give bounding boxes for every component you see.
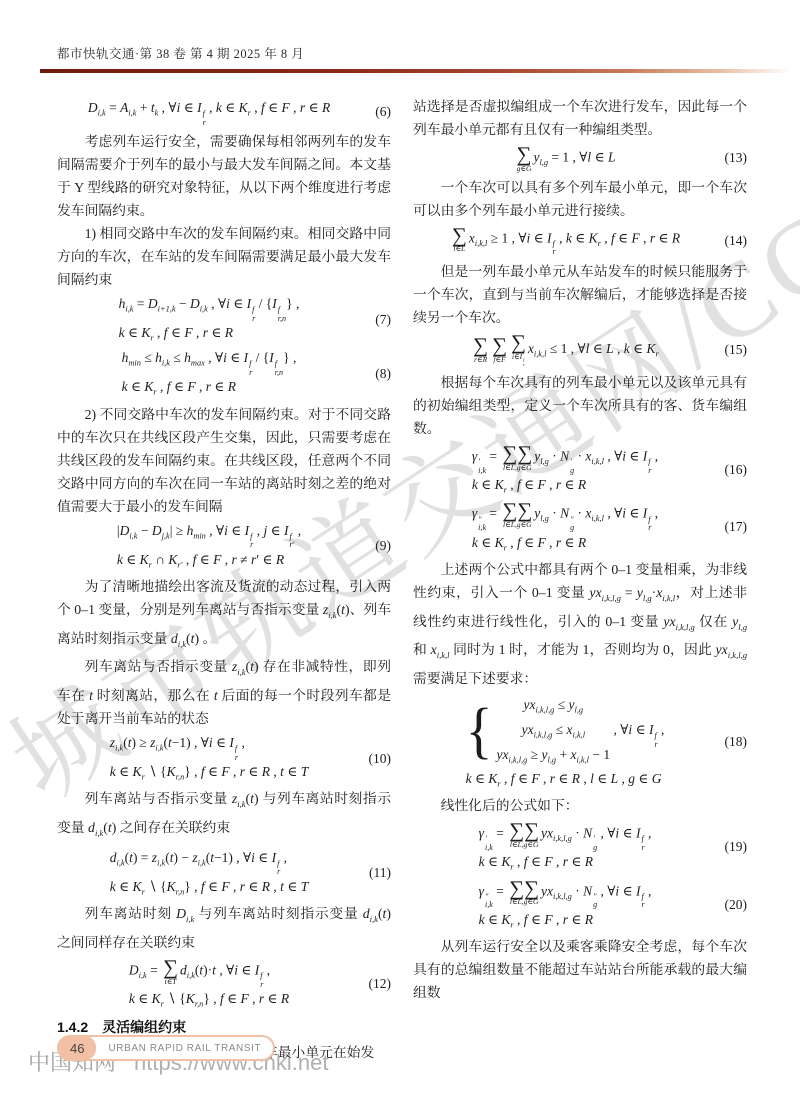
journal-page: 城市轨道交通网/CCRM 都市快轨交通·第 38 卷 第 4 期 2025 年 … [0, 0, 800, 1097]
equation-12: Di,k = ∑t∈Tdi,k(t)·t , ∀i ∈ Ifr ,k ∈ Kr … [57, 957, 391, 1012]
equation-number: (6) [361, 102, 391, 122]
paragraph-variables-intro: 为了清晰地描绘出客流及货流的动态过程，引入两个 0–1 变量，分别是列车离站与否… [57, 575, 391, 656]
paragraph-association-2: 列车离站时刻 Di,k 与列车离站时刻指示变量 di,k(t) 之间同样存在关联… [57, 902, 391, 954]
paragraph-same-route: 1) 相同交路中车次的发车间隔约束。相同交路中同方向的车次，在车站的发车间隔需要… [57, 222, 391, 291]
equation-6: Di,k = Ai,k + tk , ∀i ∈ Ifr , k ∈ Kr , f… [57, 98, 391, 127]
equation-11: di,k(t) = zi,k(t) − zi,k(t−1) , ∀i ∈ Ifr… [57, 848, 391, 899]
equation-7: hi,k = Di+1,k − Di,k , ∀i ∈ Ifr / {Ifr,n… [57, 294, 391, 345]
equation-number: (20) [717, 895, 747, 915]
equation-number: (18) [717, 732, 747, 752]
equation-number: (16) [717, 460, 747, 480]
section-number: 1.4.2 [57, 1019, 88, 1035]
paragraph-single-service: 但是一列车最小单元从车站发车的时候只能服务于一个车次，直到与当前车次解编后，才能… [413, 260, 747, 329]
equation-number: (13) [717, 148, 747, 168]
equation-number: (11) [361, 863, 391, 883]
equation-number: (7) [361, 310, 391, 330]
journal-header-text: 都市快轨交通·第 38 卷 第 4 期 2025 年 8 月 [57, 47, 304, 61]
equation-19: γ′i,k = ∑∑l∈L,g∈Gyxi,k,l,g · N′g , ∀i ∈ … [413, 820, 747, 875]
paragraph-multi-units: 一个车次可以具有多个列车最小单元，即一个车次可以由多个列车最小单元进行接续。 [413, 176, 747, 222]
equation-number: (19) [717, 837, 747, 857]
equation-18: {yxi,k,l,g ≤ yl,gyxi,k,l,g ≤ xi,k,lyxi,k… [413, 693, 747, 791]
journal-name-en: URBAN RAPID RAIL TRANSIT [96, 1043, 273, 1054]
paragraph-linearization: 上述两个公式中都具有两个 0–1 变量相乘，为非线性约束，引入一个 0–1 变量… [413, 558, 747, 690]
paragraph-max-formation: 从列车运行安全以及乘客乘降安全考虑，每个车次具有的总编组数量不能超过车站站台所能… [413, 935, 747, 1004]
paragraph-formation-count: 根据每个车次具有的列车最小单元以及该单元具有的初始编组类型，定义一个车次所具有的… [413, 371, 747, 440]
equation-number: (9) [361, 536, 391, 556]
paragraph-nondecreasing: 列车离站与否指示变量 zi,k(t) 存在非减特性，即列车在 t 时刻离站，那么… [57, 655, 391, 730]
equation-number: (15) [717, 340, 747, 360]
equation-15: ∑r∈R∑f∈F∑i∈Ifrxi,k,l ≤ 1 , ∀l ∈ L , k ∈ … [413, 332, 747, 368]
equation-14: ∑l∈Lxi,k,l ≥ 1 , ∀i ∈ Ifr , k ∈ Kr , f ∈… [413, 225, 747, 257]
equation-13: ∑g∈Gyl,g = 1 , ∀l ∈ L (13) [413, 144, 747, 173]
equation-16: γ′i,k = ∑∑l∈L,g∈Gyl,g · N′g · xi,k,l , ∀… [413, 443, 747, 498]
paragraph-linearized-intro: 线性化后的公式如下： [413, 794, 747, 817]
page-number: 46 [58, 1036, 96, 1060]
equation-10: zi,k(t) ≥ zi,k(t−1) , ∀i ∈ Ifr ,k ∈ Kr ∖… [57, 733, 391, 784]
page-number-badge: 46 URBAN RAPID RAIL TRANSIT [57, 1035, 275, 1061]
paragraph-safety-headway: 考虑列车运行安全，需要确保每相邻两列车的发车间隔需要介于列车的最小与最大发车间隔… [57, 130, 391, 222]
section-title: 灵活编组约束 [102, 1019, 186, 1035]
paragraph-virtual-coupling: 站选择是否虚拟编组成一个车次进行发车，因此每一个列车最小单元都有且仅有一种编组类… [413, 95, 747, 141]
paragraph-diff-route: 2) 不同交路中车次的发车间隔约束。对于不同交路中的车次只在共线区段产生交集，因… [57, 403, 391, 518]
equation-9: |Di,k − Dj,k| ≥ hmin , ∀i ∈ Ifr , j ∈ If… [57, 521, 391, 572]
equation-8: hmin ≤ hi,k ≤ hmax , ∀i ∈ Ifr / {Ifr,n} … [57, 348, 391, 399]
equation-number: (10) [361, 749, 391, 769]
equation-number: (12) [361, 974, 391, 994]
two-column-body: Di,k = Ai,k + tk , ∀i ∈ Ifr , k ∈ Kr , f… [57, 95, 747, 1064]
equation-number: (14) [717, 231, 747, 251]
header-rule [40, 69, 792, 73]
equation-number: (17) [717, 517, 747, 537]
left-column: Di,k = Ai,k + tk , ∀i ∈ Ifr , k ∈ Kr , f… [57, 95, 391, 1064]
right-column: 站选择是否虚拟编组成一个车次进行发车，因此每一个列车最小单元都有且仅有一种编组类… [413, 95, 747, 1064]
equation-number: (8) [361, 364, 391, 384]
page-footer: 46 URBAN RAPID RAIL TRANSIT [57, 1035, 275, 1061]
paragraph-association-1: 列车离站与否指示变量 zi,k(t) 与列车离站时刻指示变量 di,k(t) 之… [57, 787, 391, 845]
page-header: 都市快轨交通·第 38 卷 第 4 期 2025 年 8 月 [57, 44, 304, 62]
equation-20: γ″i,k = ∑∑l∈L,g∈Gyxi,k,l,g · N″g , ∀i ∈ … [413, 878, 747, 933]
equation-17: γ″i,k = ∑∑l∈L,g∈Gyl,g · N″g · xi,k,l , ∀… [413, 500, 747, 555]
